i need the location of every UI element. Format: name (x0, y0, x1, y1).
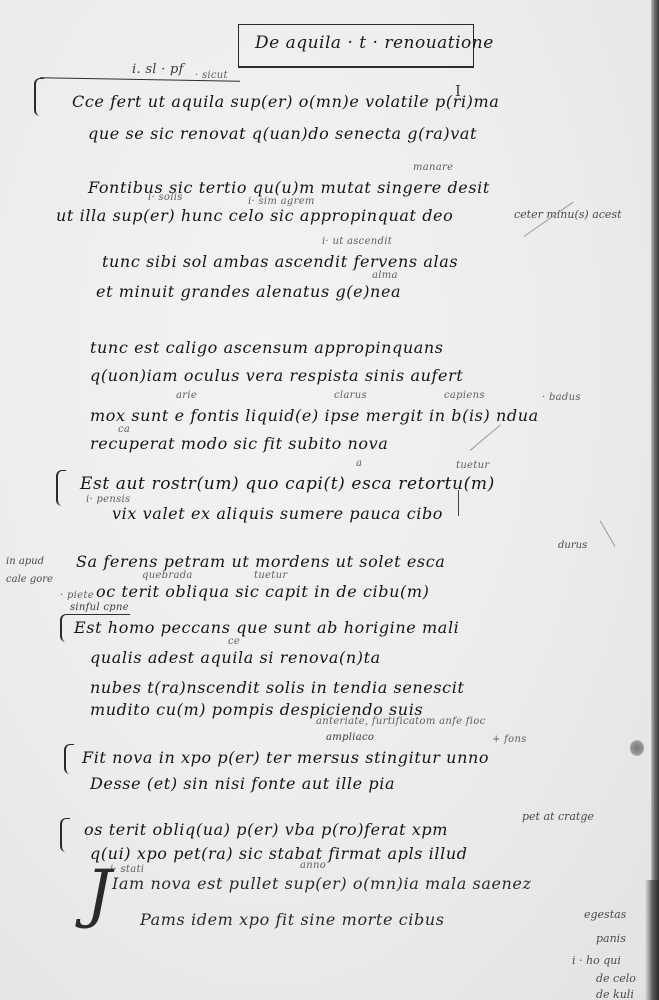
gloss-above-first-line: i. sl · pf (132, 62, 184, 77)
gloss-ce: ce (228, 636, 240, 647)
gloss-fons: + fons (492, 734, 527, 745)
margin-note-right-24c: i · ho qui (572, 954, 621, 967)
gloss-sicut: · sicut (195, 70, 228, 81)
text-line-11: Est aut rostr(um) quo capi(t) esca retor… (80, 474, 495, 494)
text-line-23: Iam nova est pullet sup(er) o(mn)ia mala… (112, 874, 532, 893)
margin-note-right-24e: de kuli (596, 988, 634, 1000)
gloss-arie: arie (176, 390, 197, 401)
text-line-1: Cce fert ut aquila sup(er) o(mn)e volati… (72, 92, 499, 111)
text-line-14: oc terit obliqua sic capit in de cibu(m) (96, 582, 429, 601)
text-line-24: Pams idem xpo fit sine morte cibus (140, 910, 445, 929)
text-line-17: nubes t(ra)nscendit solis in tendia sene… (90, 678, 465, 697)
title-underline (238, 67, 474, 68)
text-line-4: ut illa sup(er) hunc celo sic appropinqu… (56, 206, 453, 225)
gloss-tuetur-2: tuetur (254, 570, 287, 581)
paragraph-mark (60, 614, 70, 642)
text-line-20: Desse (et) sin nisi fonte aut ille pia (90, 774, 395, 793)
text-line-7: tunc est caligo ascensum appropinquans (90, 338, 444, 357)
paragraph-mark (60, 818, 70, 852)
gloss-rule (70, 614, 130, 615)
faint-stroke (470, 424, 501, 450)
ink-stain (630, 740, 644, 756)
gloss-capiens: capiens (444, 390, 485, 401)
text-line-8: q(uon)iam oculus vera respista sinis auf… (90, 366, 463, 385)
paragraph-mark (64, 744, 74, 774)
text-line-5: tunc sibi sol ambas ascendit fervens ala… (102, 252, 458, 271)
text-line-12: vix valet ex aliquis sumere pauca cibo (112, 504, 443, 523)
marginal-stroke (458, 490, 461, 516)
gloss-badus: · badus (542, 392, 581, 403)
margin-note-right-4: ceter minu(s) acest (514, 208, 622, 221)
gloss-quebrada: quebrada (142, 570, 193, 581)
margin-note-right-21: pet at cratge (522, 810, 594, 823)
text-line-10: recuperat modo sic fit subito nova (90, 434, 388, 453)
gloss-piete: · piete (60, 590, 94, 601)
gloss-tuetur: tuetur (456, 460, 489, 471)
faint-stroke (600, 520, 616, 546)
gloss-anno: anno (300, 860, 326, 871)
margin-note-left-13a: in apud (6, 556, 44, 567)
text-line-9: mox sunt e fontis liquid(e) ipse mergit … (90, 406, 539, 425)
decorated-initial-i: J (86, 862, 112, 926)
gloss-anteriate: anteriate, furtificatom anfe fioc (316, 716, 486, 727)
text-line-13: Sa ferens petram ut mordens ut solet esc… (76, 552, 445, 571)
gloss-solis: i· solis (148, 192, 183, 203)
page-title: De aquila · t · renouatione (255, 33, 494, 53)
gloss-sinful-cpne: sinful cpne (70, 602, 129, 613)
manuscript-page: De aquila · t · renouatione i. sl · pf ·… (0, 0, 659, 1000)
text-line-19: Fit nova in xpo p(er) ter mersus stingit… (82, 748, 489, 767)
paragraph-mark (56, 470, 66, 506)
paragraph-mark (34, 78, 44, 116)
margin-note-right-24d: de celo (596, 972, 636, 985)
gloss-a: a (356, 458, 362, 469)
page-binding-edge (651, 0, 659, 1000)
text-line-15: Est homo peccans que sunt ab horigine ma… (74, 618, 459, 637)
text-line-16: qualis adest aquila si renova(n)ta (90, 648, 381, 667)
text-line-2: que se sic renovat q(uan)do senecta g(ra… (88, 124, 477, 143)
margin-note-left-13b: cale gore (6, 574, 53, 585)
margin-note-right-24a: egestas (584, 908, 626, 921)
margin-note-right-13: durus (558, 540, 587, 551)
gloss-manare: manare (413, 162, 453, 173)
gloss-ut-ascendit: i· ut ascendit (322, 236, 392, 247)
gloss-clarus: clarus (334, 390, 367, 401)
text-line-6: et minuit grandes alenatus g(e)nea (96, 282, 401, 301)
text-line-22: q(ui) xpo pet(ra) sic stabat firmat apls… (90, 844, 468, 863)
margin-note-right-24b: panis (596, 932, 626, 945)
gloss-alma: alma (372, 270, 398, 281)
page-binding-shadow (645, 880, 659, 1000)
title-cartouche: De aquila · t · renouatione (238, 24, 474, 68)
text-line-21: os terit obliq(ua) p(er) vba p(ro)ferat … (84, 820, 448, 839)
gloss-ampliaco: ampliaco (326, 732, 374, 743)
